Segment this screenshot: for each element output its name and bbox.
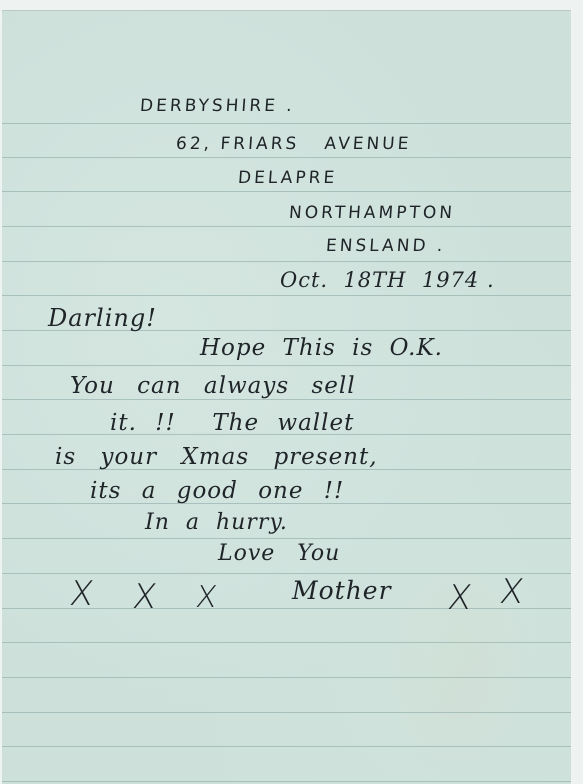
ruled-line bbox=[2, 712, 571, 713]
address-line-3: DELAPRE bbox=[237, 170, 337, 187]
kiss-mark: X bbox=[68, 577, 96, 611]
kiss-mark: X bbox=[194, 583, 219, 613]
kiss-mark: X bbox=[446, 581, 474, 615]
kiss-mark: X bbox=[131, 580, 159, 614]
salutation: Darling! bbox=[48, 306, 157, 330]
body-line-6: In a hurry. bbox=[145, 512, 288, 534]
address-line-1: DERBYSHIRE . bbox=[139, 98, 295, 115]
signature: Mother bbox=[292, 578, 392, 603]
ruled-line bbox=[2, 399, 571, 400]
address-line-5: ENSLAND . bbox=[325, 238, 446, 255]
body-line-2: You can always sell bbox=[70, 375, 356, 398]
body-line-3: it. !! The wallet bbox=[110, 412, 354, 435]
ruled-line bbox=[2, 781, 571, 782]
ruled-line bbox=[2, 642, 571, 643]
ruled-line bbox=[2, 295, 571, 296]
ruled-line bbox=[2, 261, 571, 262]
ruled-line bbox=[2, 191, 571, 192]
body-line-1: Hope This is O.K. bbox=[200, 337, 443, 360]
ruled-line bbox=[2, 157, 571, 158]
kiss-mark: X bbox=[498, 575, 526, 609]
body-line-4: is your Xmas present, bbox=[55, 446, 378, 469]
address-line-2: 62, FRIARS AVENUE bbox=[175, 136, 412, 153]
ruled-line bbox=[2, 226, 571, 227]
ruled-line bbox=[2, 677, 571, 678]
ruled-line bbox=[2, 123, 571, 124]
body-line-5: its a good one !! bbox=[90, 480, 344, 503]
letter-date: Oct. 18TH 1974 . bbox=[280, 270, 495, 291]
closing: Love You bbox=[218, 543, 340, 565]
ruled-line bbox=[2, 538, 571, 539]
ruled-line bbox=[2, 365, 571, 366]
address-line-4: NORTHAMPTON bbox=[288, 205, 455, 222]
ruled-line bbox=[2, 746, 571, 747]
